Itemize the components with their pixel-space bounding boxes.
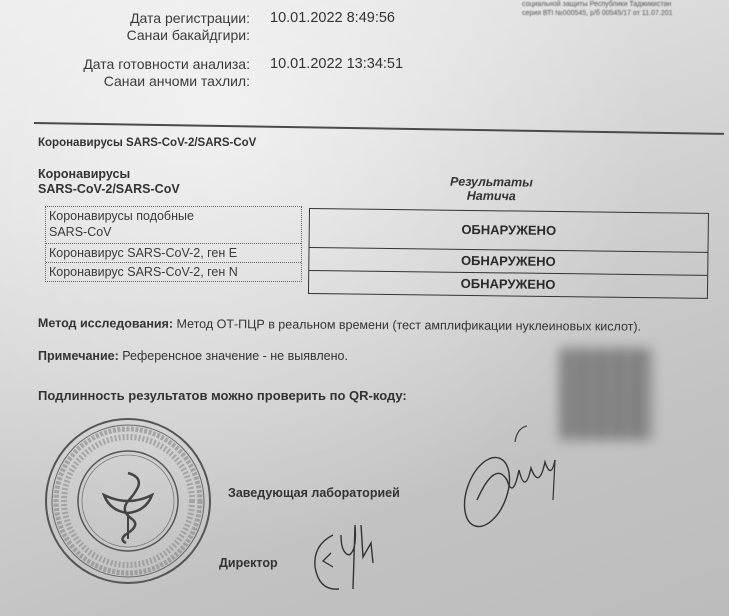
verify-text: Подлинность результатов можно проверить … xyxy=(38,388,407,403)
registration-date-value: 10.01.2022 8:49:56 xyxy=(270,10,395,26)
license-line-1: социальной защиты Республики Таджикистан xyxy=(522,0,729,9)
round-stamp-icon xyxy=(42,415,214,587)
section-title: Коронавирусы SARS-CoV-2/SARS-CoV xyxy=(38,137,256,149)
registration-date-label: Дата регистрации: Санаи бакайдгири: xyxy=(127,10,250,44)
qr-code-icon xyxy=(560,348,652,440)
method-label: Метод исследования: xyxy=(38,316,173,331)
readiness-date-row: Дата готовности анализа: Санаи анчоми та… xyxy=(0,56,460,102)
test-name-row: Коронавирусы подобные SARS-CoV xyxy=(46,207,301,244)
director-signature-icon xyxy=(305,505,400,595)
registration-date-row: Дата регистрации: Санаи бакайдгири: 10.0… xyxy=(0,10,460,56)
results-header: Результаты Натича xyxy=(450,175,533,204)
test-name-row: Коронавирус SARS-CoV-2, ген N xyxy=(46,263,301,281)
note-text: Примечание: Референсное значение - не вы… xyxy=(38,349,348,363)
dates-block: Дата регистрации: Санаи бакайдгири: 10.0… xyxy=(0,10,460,102)
test-name-row: Коронавирус SARS-CoV-2, ген E xyxy=(46,244,301,263)
group-title: Коронавирусы SARS-CoV-2/SARS-CoV xyxy=(38,167,180,197)
result-cell: ОБНАРУЖЕНО xyxy=(310,209,708,253)
readiness-date-label: Дата готовности анализа: Санаи анчоми та… xyxy=(83,56,250,90)
result-cell: ОБНАРУЖЕНО xyxy=(309,271,707,298)
license-info: социальной защиты Республики Таджикистан… xyxy=(522,0,729,18)
lab-head-label: Заведующая лабораторией xyxy=(228,486,400,500)
separator-line xyxy=(34,122,724,135)
license-line-2: серия ВТІ №000545, р/б 00545/17 от 11.07… xyxy=(522,9,729,18)
test-names-column: Коронавирусы подобные SARS-CoV Коронавир… xyxy=(45,206,302,282)
note-label: Примечание: xyxy=(38,349,119,363)
method-text: Метод исследования: Метод ОТ-ПЦР в реаль… xyxy=(38,316,708,335)
results-table: ОБНАРУЖЕНО ОБНАРУЖЕНО ОБНАРУЖЕНО xyxy=(308,208,709,299)
pen-mark-icon xyxy=(505,420,545,450)
lab-head-signature-icon xyxy=(455,440,565,535)
readiness-date-value: 10.01.2022 13:34:51 xyxy=(270,56,403,72)
director-label: Директор xyxy=(219,556,278,570)
note-value: Референсное значение - не выявлено. xyxy=(122,349,348,363)
method-value: Метод ОТ-ПЦР в реальном времени (тест ам… xyxy=(176,317,641,334)
